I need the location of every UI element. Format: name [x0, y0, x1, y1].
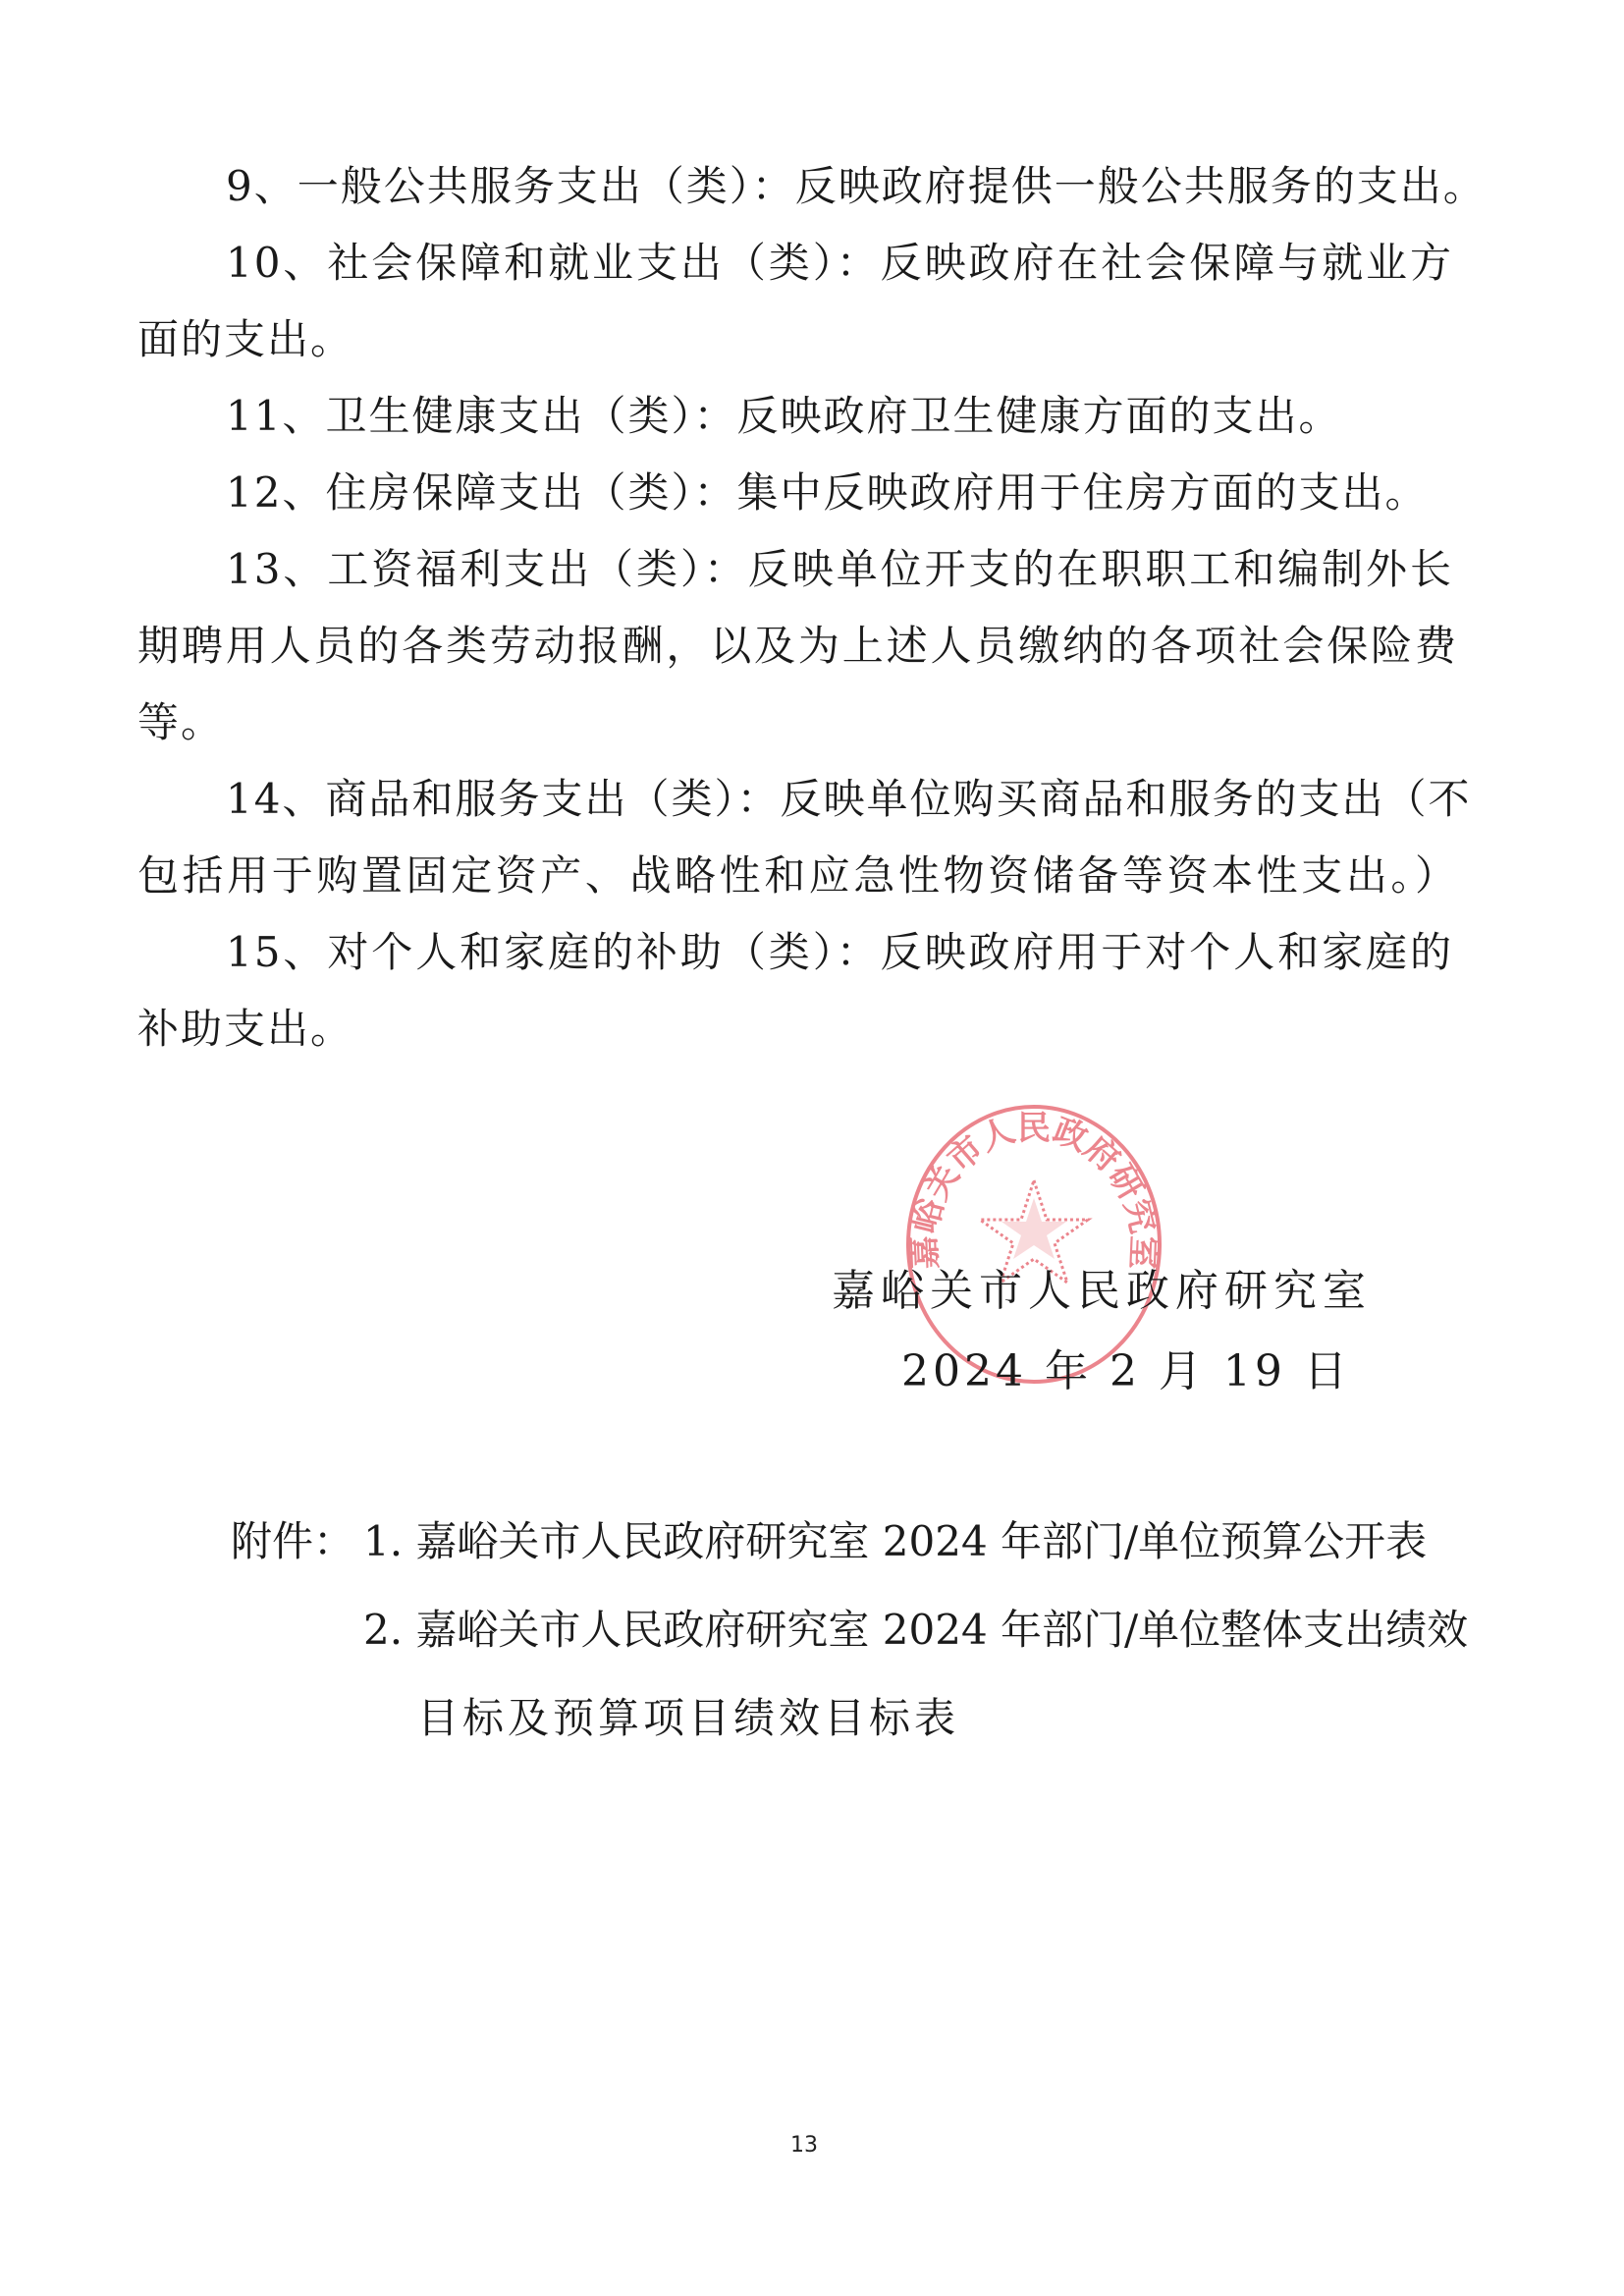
attachment-item-1: 1. 嘉峪关市人民政府研究室 2024 年部门/单位预算公开表	[363, 1517, 1427, 1566]
attachments-label: 附件：	[231, 1517, 354, 1566]
paragraph-10-line-2: 面的支出。	[137, 315, 353, 364]
paragraph-13-line-1: 13、工资福利支出（类）：反映单位开支的在职职工和编制外长	[226, 545, 1453, 594]
paragraph-13-line-3: 等。	[137, 698, 224, 747]
page-number: 13	[790, 2133, 818, 2158]
attachment-item-2-line-2: 目标及预算项目绩效目标表	[417, 1694, 959, 1743]
paragraph-14-line-2: 包括用于购置固定资产、战略性和应急性物资储备等资本性支出。）	[137, 851, 1458, 901]
svg-text:嘉峪关市人民政府研究室: 嘉峪关市人民政府研究室	[904, 1109, 1163, 1270]
official-seal-icon: 嘉峪关市人民政府研究室	[903, 1102, 1164, 1387]
paragraph-12: 12、住房保障支出（类）：集中反映政府用于住房方面的支出。	[226, 468, 1428, 518]
paragraph-13-line-2: 期聘用人员的各类劳动报酬，以及为上述人员缴纳的各项社会保险费	[137, 622, 1458, 671]
signature-organization: 嘉峪关市人民政府研究室	[832, 1267, 1372, 1316]
paragraph-10-line-1: 10、社会保障和就业支出（类）：反映政府在社会保障与就业方	[226, 239, 1453, 288]
signature-date: 2024 年 2 月 19 日	[901, 1347, 1351, 1396]
paragraph-11: 11、卫生健康支出（类）：反映政府卫生健康方面的支出。	[226, 392, 1341, 441]
paragraph-15-line-2: 补助支出。	[137, 1005, 353, 1054]
paragraph-14-line-1: 14、商品和服务支出（类）：反映单位购买商品和服务的支出（不	[226, 775, 1453, 824]
paragraph-15-line-1: 15、对个人和家庭的补助（类）：反映政府用于对个人和家庭的	[226, 928, 1453, 977]
paragraph-9: 9、一般公共服务支出（类）：反映政府提供一般公共服务的支出。	[226, 162, 1487, 211]
attachment-item-2-line-1: 2. 嘉峪关市人民政府研究室 2024 年部门/单位整体支出绩效	[363, 1606, 1468, 1655]
